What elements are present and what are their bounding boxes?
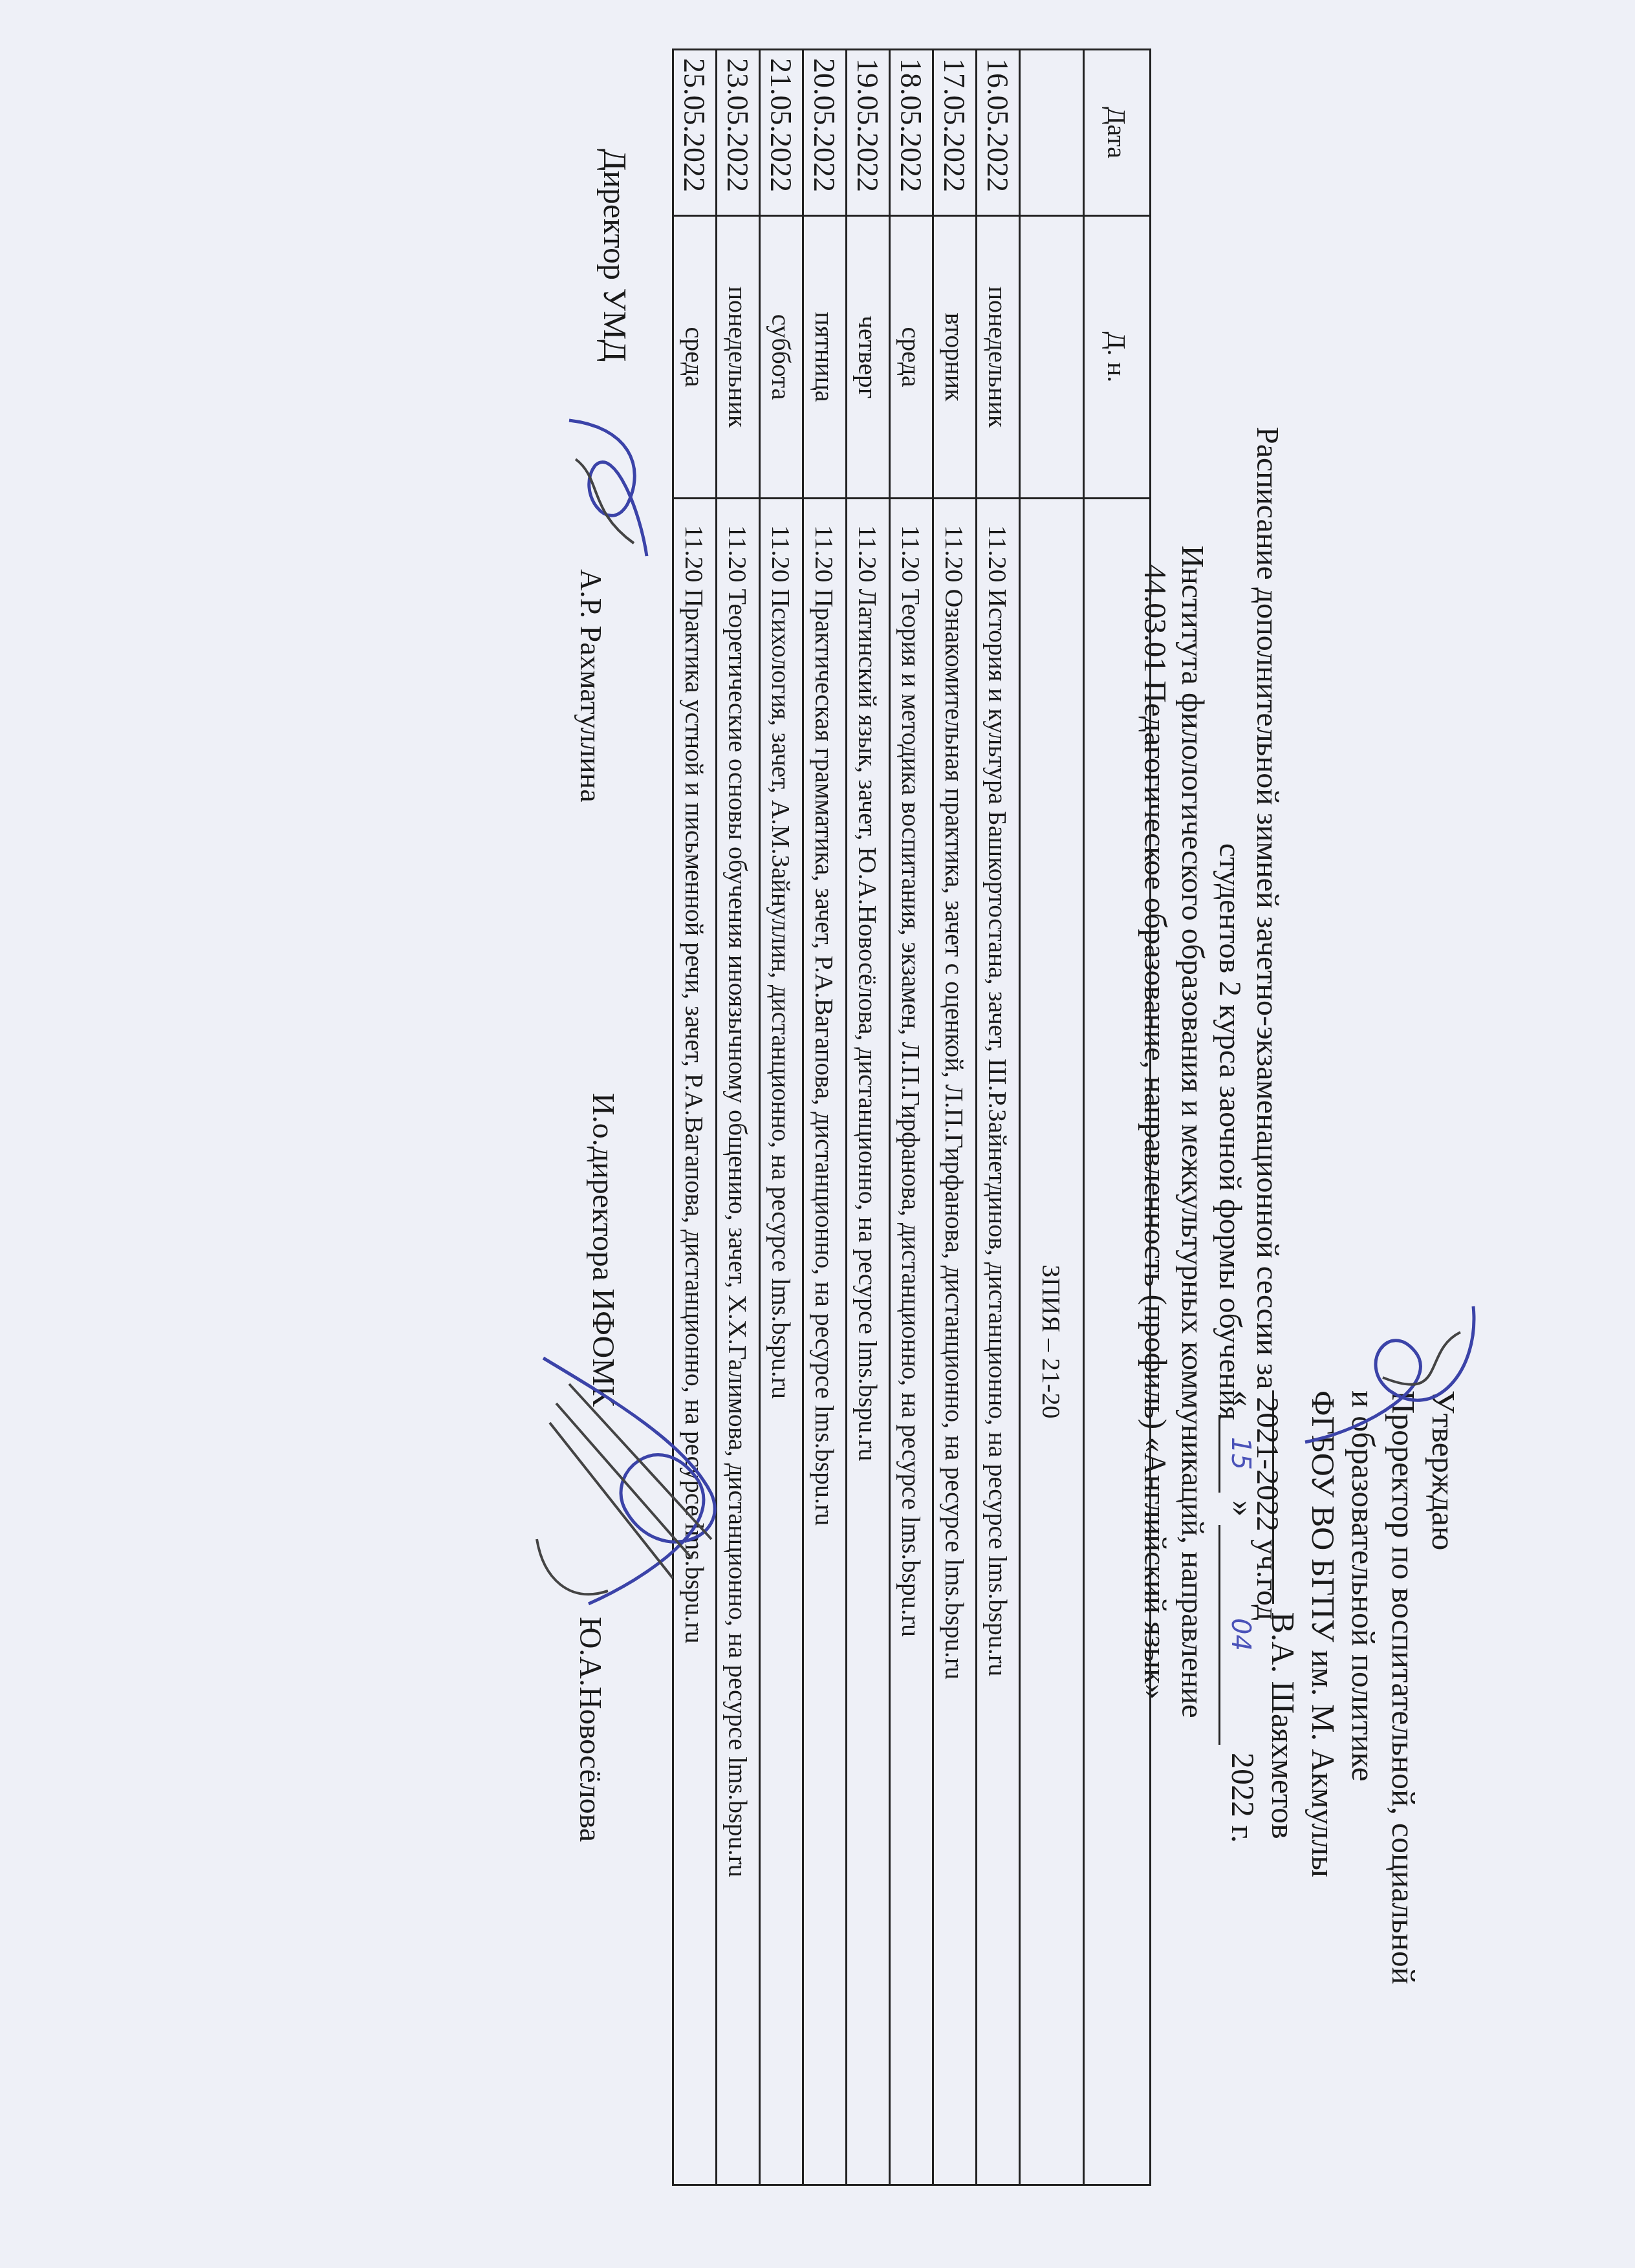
cell-date: 18.05.2022 bbox=[890, 50, 933, 216]
cell-day: понедельник bbox=[717, 216, 760, 499]
table-row: 20.05.2022пятница11.20 Практическая грам… bbox=[803, 50, 847, 2185]
cell-day: среда bbox=[890, 216, 933, 499]
cell-date: 16.05.2022 bbox=[977, 50, 1020, 216]
cell-date: 17.05.2022 bbox=[933, 50, 977, 216]
cell-date: 19.05.2022 bbox=[847, 50, 890, 216]
director-role: И.о.директора ИФОМК bbox=[585, 1093, 621, 1407]
umd-signature-icon bbox=[550, 414, 653, 563]
cell-date: 21.05.2022 bbox=[760, 50, 803, 216]
table-row: 18.05.2022среда11.20 Теория и методика в… bbox=[890, 50, 933, 2185]
cell-date: 20.05.2022 bbox=[803, 50, 847, 216]
cell-subject: 11.20 Теоретические основы обучения иноя… bbox=[717, 499, 760, 2185]
umd-name: А.Р. Рахматуллина bbox=[574, 569, 608, 803]
table-row: 17.05.2022вторник11.20 Ознакомительная п… bbox=[933, 50, 977, 2185]
approval-heading: Утверждаю bbox=[1424, 1390, 1464, 1984]
approval-role-line2: и образовательной политике bbox=[1343, 1390, 1383, 1984]
cell-subject: 11.20 Практическая грамматика, зачет, Р.… bbox=[803, 499, 847, 2185]
table-row: 23.05.2022понедельник11.20 Теоретические… bbox=[717, 50, 760, 2185]
approval-role-line1: Проректор по воспитательной, социальной bbox=[1383, 1390, 1424, 1984]
umd-role: Директор УМД bbox=[596, 149, 634, 362]
cell-date: 25.05.2022 bbox=[673, 50, 717, 216]
approval-org: ФГБОУ ВО БГПУ им. М. Акмуллы bbox=[1303, 1390, 1343, 1984]
title-line2: студентов 2 курса заочной формы обучения bbox=[1211, 388, 1248, 1875]
signatures-block: Директор УМД А.Р. Рахматуллина И.о.дирек… bbox=[517, 0, 647, 2268]
cell-day: понедельник bbox=[977, 216, 1020, 499]
cell-subject: 11.20 История и культура Башкортостана, … bbox=[977, 499, 1020, 2185]
header-day: Д. н. bbox=[1084, 216, 1151, 499]
cell-subject: 11.20 Теория и методика воспитания, экза… bbox=[890, 499, 933, 2185]
cell-day: среда bbox=[673, 216, 717, 499]
header-date: Дата bbox=[1084, 50, 1151, 216]
table-row: 16.05.2022понедельник11.20 История и кул… bbox=[977, 50, 1020, 2185]
cell-subject: 11.20 Психология, зачет, А.М.Зайнуллин, … bbox=[760, 499, 803, 2185]
cell-day: четверг bbox=[847, 216, 890, 499]
table-row: 21.05.2022суббота11.20 Психология, зачет… bbox=[760, 50, 803, 2185]
cell-date: 23.05.2022 bbox=[717, 50, 760, 216]
title-line3: Института филологического образования и … bbox=[1173, 388, 1211, 1875]
schedule-table: Дата Д. н. ЗПИЯ – 21-20 16.05.2022понеде… bbox=[672, 49, 1151, 2186]
cell-subject: 11.20 Латинский язык, зачет, Ю.А.Новосёл… bbox=[847, 499, 890, 2185]
group-row: ЗПИЯ – 21-20 bbox=[1020, 50, 1084, 2185]
document-page: Утверждаю Проректор по воспитательной, с… bbox=[0, 0, 1635, 2268]
cell-day: суббота bbox=[760, 216, 803, 499]
group-name: ЗПИЯ – 21-20 bbox=[1020, 499, 1084, 2185]
cell-subject: 11.20 Практика устной и письменной речи,… bbox=[673, 499, 717, 2185]
table-header-row: Дата Д. н. bbox=[1084, 50, 1151, 2185]
table-row: 25.05.2022среда11.20 Практика устной и п… bbox=[673, 50, 717, 2185]
header-empty bbox=[1084, 499, 1151, 2185]
director-name: Ю.А.Новосёлова bbox=[572, 1617, 608, 1842]
cell-day: пятница bbox=[803, 216, 847, 499]
title-line1: Расписание дополнительной зимней зачетно… bbox=[1248, 388, 1286, 1875]
document-title: Расписание дополнительной зимней зачетно… bbox=[1136, 388, 1286, 1875]
table-row: 19.05.2022четверг11.20 Латинский язык, з… bbox=[847, 50, 890, 2185]
cell-day: вторник bbox=[933, 216, 977, 499]
cell-subject: 11.20 Ознакомительная практика, зачет с … bbox=[933, 499, 977, 2185]
